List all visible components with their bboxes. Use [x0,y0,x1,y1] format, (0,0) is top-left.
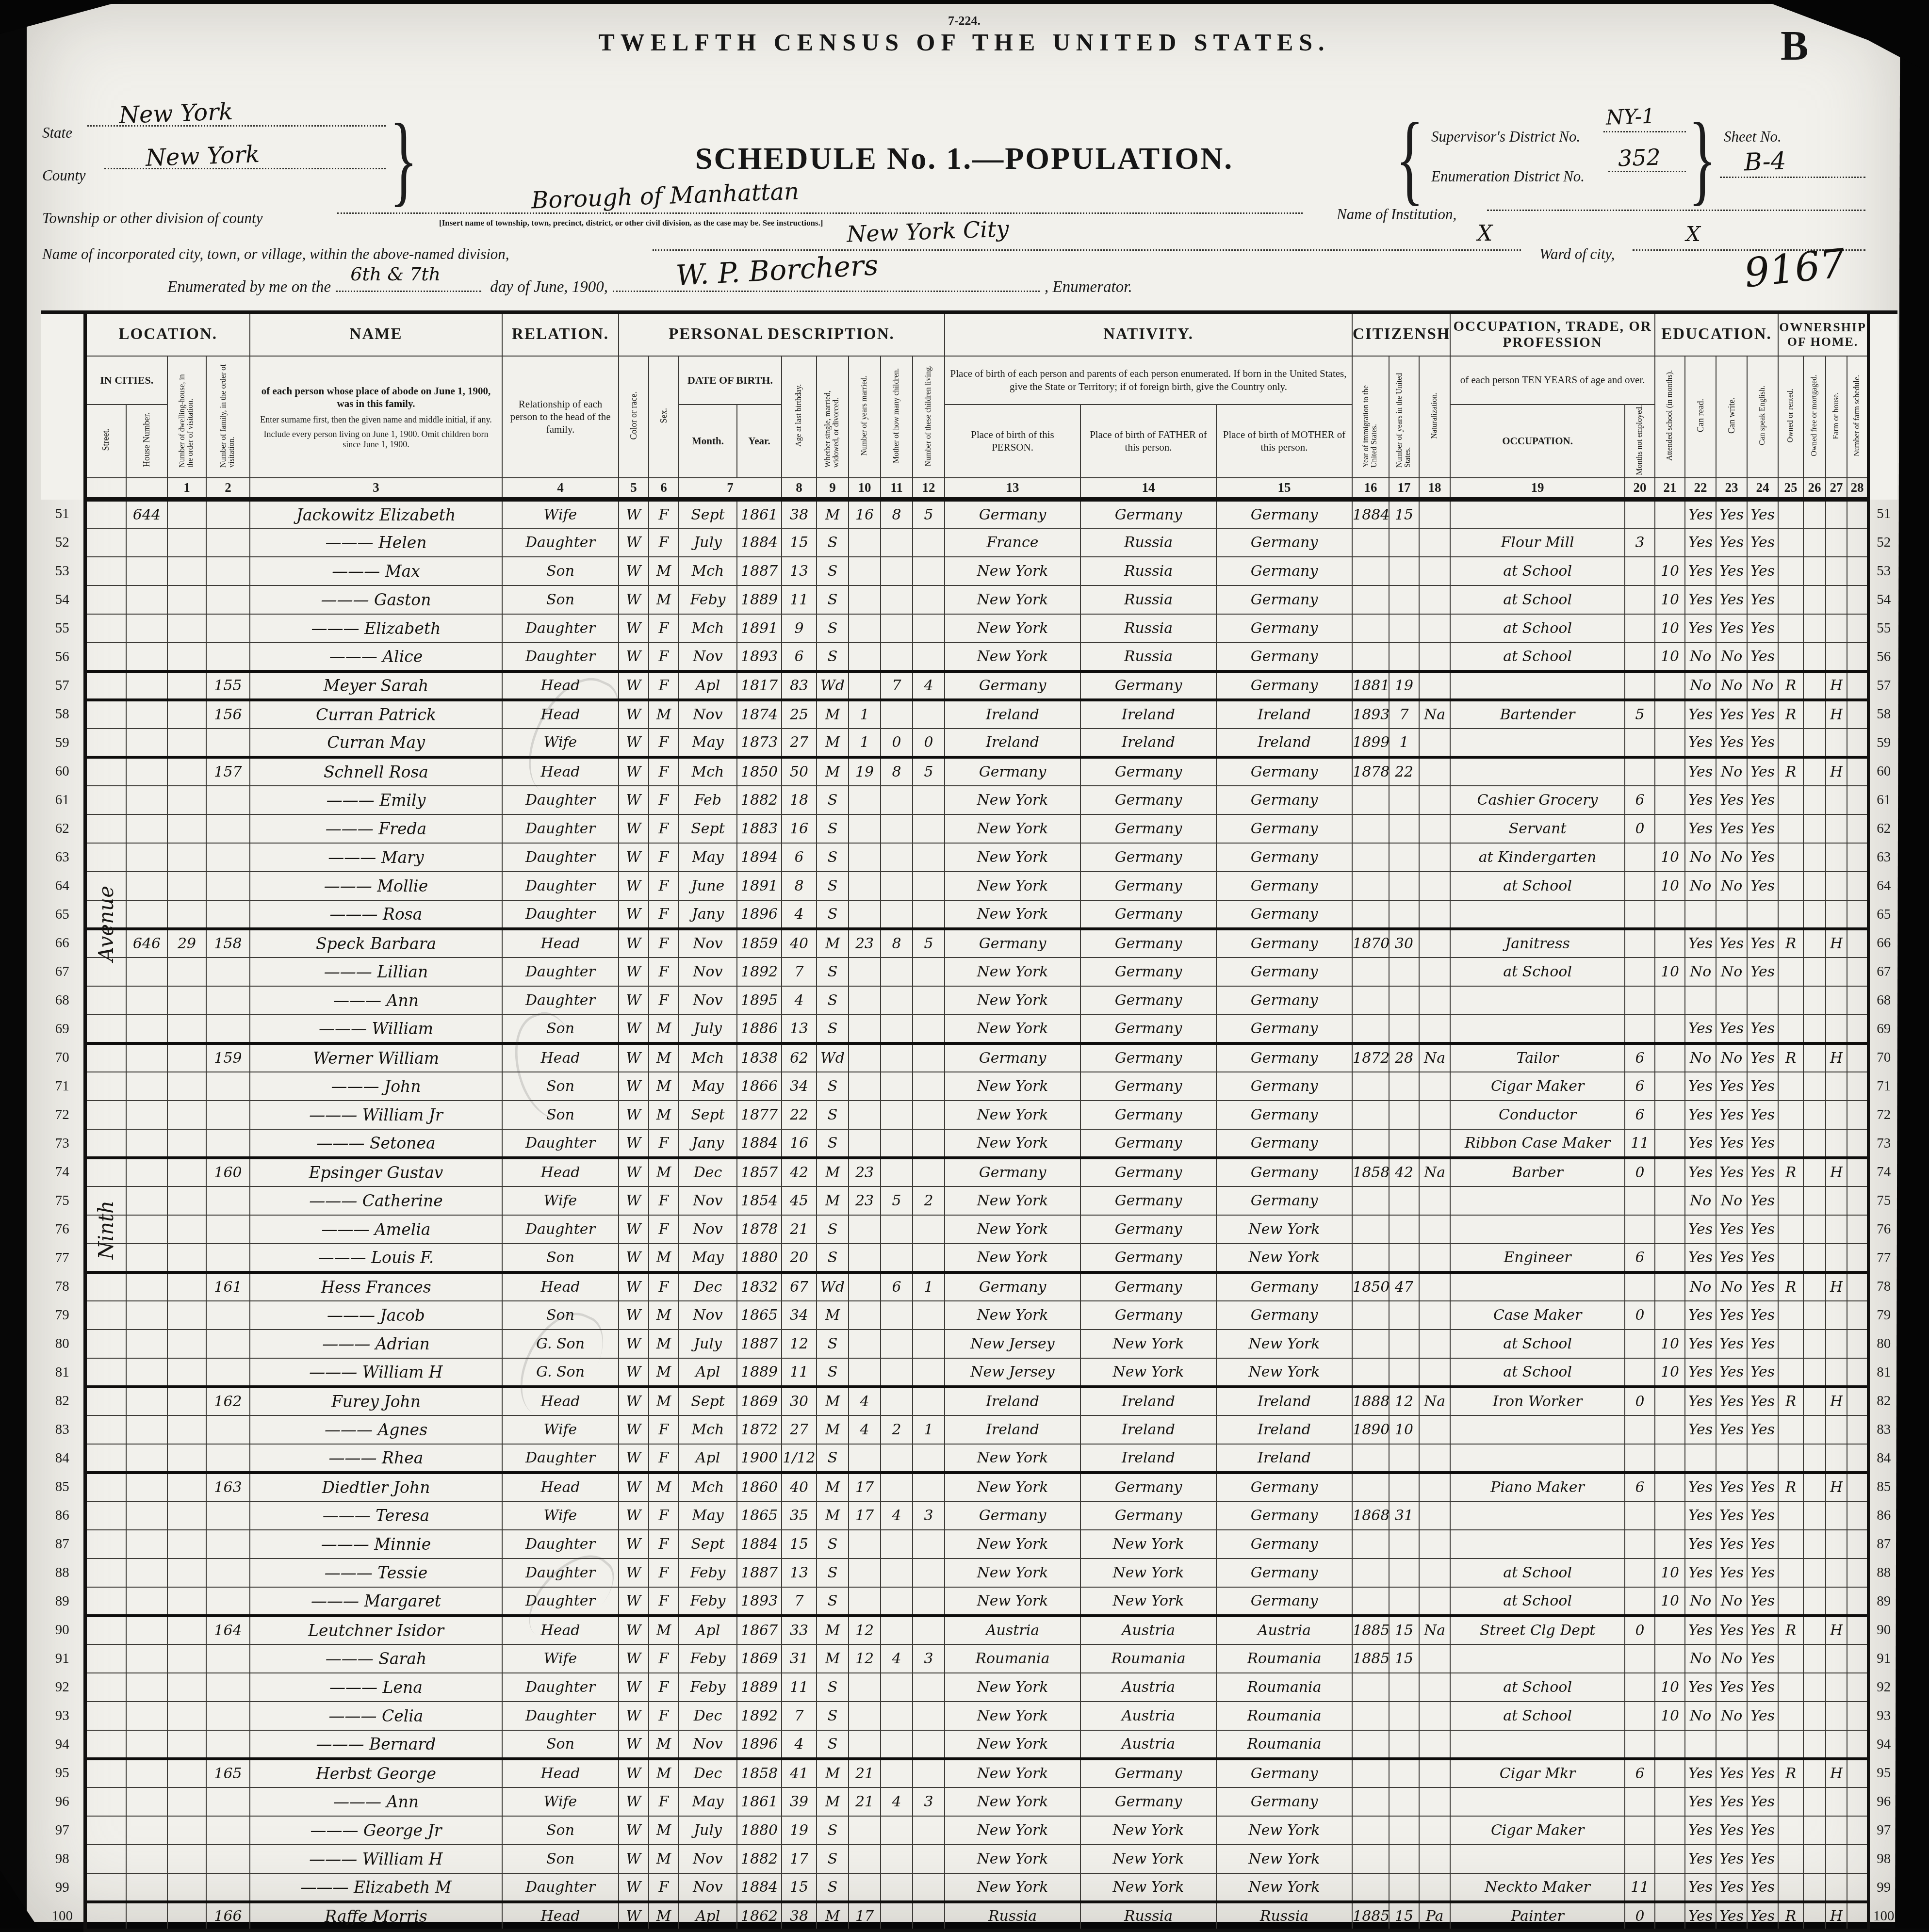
cell-dwelling-number [167,700,206,729]
cell-pob-mother: Germany [1216,929,1352,958]
cell-color-race: W [619,986,649,1015]
cell-years-in-us: 30 [1389,929,1419,958]
cell-pob-father: Ireland [1080,1444,1216,1473]
cell-color-race: W [619,1244,649,1272]
cell-can-read [1685,986,1716,1015]
cell-years-in-us: 12 [1389,1387,1419,1415]
cell-marital-status: S [817,786,849,814]
cell-owned-rented [1778,1673,1803,1702]
cell-mother-of-children [881,1244,913,1272]
cell-marital-status: Wd [817,671,849,700]
cell-family-number [206,1702,250,1730]
cell-house-number [126,1673,167,1702]
cell-can-read: Yes [1685,1787,1716,1816]
cell-family-number [206,900,250,929]
cell-months-not-employed: 11 [1625,1129,1655,1158]
person-row-91: 91——— SarahWifeWFFeby186931M1243Roumania… [41,1644,1897,1673]
cell-pob-mother: Roumania [1216,1702,1352,1730]
cell-sex: M [649,585,679,614]
cell-months-not-employed: 6 [1625,1759,1655,1787]
cell-birth-year: 1884 [737,1129,782,1158]
col-year: Year. [737,405,782,478]
cell-can-read: Yes [1685,757,1716,786]
cell-farm-or-house [1826,958,1847,986]
cell-owned-rented [1778,1730,1803,1759]
cell-sex: M [649,1043,679,1072]
cell-farm-or-house [1826,900,1847,929]
cell-pob-mother: Roumania [1216,1730,1352,1759]
cell-can-speak-english: Yes [1747,500,1778,528]
cell-immigration-year [1352,786,1389,814]
cell-can-read: Yes [1685,929,1716,958]
cell-color-race: W [619,1101,649,1129]
col-number-14: 14 [1080,478,1216,500]
cell-farm-or-house [1826,614,1847,643]
cell-years-married: 23 [849,1186,881,1215]
row-number: 55 [41,614,85,643]
cell-can-write: Yes [1716,1301,1747,1330]
cell-family-number [206,1072,250,1101]
cell-can-speak-english: Yes [1747,1101,1778,1129]
cell-age: 13 [782,557,817,585]
cell-farm-schedule [1847,1616,1868,1644]
col-years-married: Number of years married. [849,356,881,478]
cell-sex: F [649,1873,679,1902]
cell-mother-of-children [881,700,913,729]
col-number-7: 7 [679,478,782,500]
cell-attended-school [1655,1272,1685,1301]
cell-years-married [849,1845,881,1873]
cell-birth-month: Nov [679,643,737,671]
col-number-8: 8 [782,478,817,500]
cell-occupation: at School [1450,1358,1625,1387]
row-number: 65 [1868,900,1897,929]
cell-can-speak-english: Yes [1747,1158,1778,1186]
cell-months-not-employed [1625,1702,1655,1730]
cell-can-write: Yes [1716,1616,1747,1644]
cell-age: 21 [782,1215,817,1244]
cell-can-read: Yes [1685,1902,1716,1929]
person-row-100: 100166Raffe MorrisHeadWMApl186238M17Russ… [41,1902,1897,1929]
cell-farm-schedule [1847,1644,1868,1673]
cell-family-number: 160 [206,1158,250,1186]
cell-pob-person: New York [945,1759,1080,1787]
cell-color-race: W [619,700,649,729]
cell-years-married [849,958,881,986]
cell-farm-or-house [1826,500,1847,528]
cell-immigration-year: 1881 [1352,671,1389,700]
cell-farm-schedule [1847,643,1868,671]
cell-age: 15 [782,528,817,557]
cell-attended-school [1655,1759,1685,1787]
cell-sex: M [649,1301,679,1330]
col-months-not-employed: Months not employed. [1625,405,1655,478]
cell-can-write: Yes [1716,814,1747,843]
cell-years-in-us [1389,585,1419,614]
cell-house-number [126,1873,167,1902]
cell-farm-schedule [1847,1244,1868,1272]
cell-occupation: Cigar Maker [1450,1816,1625,1845]
cell-house-number [126,1415,167,1444]
cell-farm-schedule [1847,929,1868,958]
cell-children-living [913,1444,945,1473]
cell-naturalization [1419,1587,1450,1616]
cell-months-not-employed: 6 [1625,1072,1655,1101]
cell-pob-person: New York [945,958,1080,986]
cell-farm-or-house [1826,1730,1847,1759]
cell-age: 35 [782,1501,817,1530]
cell-family-number [206,1215,250,1244]
cell-can-read: Yes [1685,1616,1716,1644]
cell-occupation [1450,500,1625,528]
cell-children-living [913,1845,945,1873]
cell-pob-person: New York [945,1473,1080,1501]
cell-pob-father: Germany [1080,1473,1216,1501]
cell-marital-status: S [817,814,849,843]
cell-pob-mother: Germany [1216,1473,1352,1501]
cell-immigration-year: 1890 [1352,1415,1389,1444]
cell-years-in-us [1389,1244,1419,1272]
cell-sex: M [649,1158,679,1186]
cell-can-speak-english: Yes [1747,1215,1778,1244]
cell-can-write: No [1716,671,1747,700]
row-number: 93 [41,1702,85,1730]
cell-street [85,843,126,872]
cell-farm-or-house [1826,1330,1847,1358]
cell-sex: F [649,1272,679,1301]
cell-pob-person: New York [945,1530,1080,1559]
cell-years-married [849,786,881,814]
cell-can-read: Yes [1685,814,1716,843]
col-number-10: 10 [849,478,881,500]
cell-immigration-year [1352,1244,1389,1272]
cell-birth-year: 1858 [737,1759,782,1787]
cell-owned-free-mortgaged [1803,1043,1826,1072]
col-children-living: Number of these children living. [913,356,945,478]
cell-relation: Son [502,1244,619,1272]
cell-naturalization [1419,1501,1450,1530]
cell-name: ——— Catherine [250,1186,502,1215]
cell-months-not-employed [1625,1186,1655,1215]
cell-pob-person: New York [945,900,1080,929]
cell-family-number [206,528,250,557]
cell-age: 13 [782,1559,817,1587]
row-number: 88 [1868,1559,1897,1587]
cell-years-in-us [1389,1072,1419,1101]
cell-can-read: Yes [1685,1473,1716,1501]
cell-family-number: 155 [206,671,250,700]
cell-years-in-us [1389,1559,1419,1587]
cell-can-speak-english: Yes [1747,585,1778,614]
cell-family-number: 164 [206,1616,250,1644]
cell-occupation: at School [1450,958,1625,986]
person-row-70: 70159Werner WilliamHeadWMMch183862WdGerm… [41,1043,1897,1072]
cell-color-race: W [619,1616,649,1644]
cell-owned-free-mortgaged [1803,1215,1826,1244]
cell-marital-status: M [817,1616,849,1644]
cell-pob-person: New York [945,585,1080,614]
cell-can-write: No [1716,1644,1747,1673]
cell-sex: F [649,614,679,643]
cell-years-in-us [1389,1215,1419,1244]
cell-sex: M [649,1845,679,1873]
cell-house-number [126,1244,167,1272]
group-citizenship: CITIZENSHIP. [1352,312,1450,356]
cell-marital-status: M [817,757,849,786]
cell-farm-or-house [1826,1501,1847,1530]
cell-can-speak-english: Yes [1747,1272,1778,1301]
cell-years-in-us [1389,1673,1419,1702]
cell-immigration-year [1352,1702,1389,1730]
cell-house-number [126,729,167,757]
cell-marital-status: S [817,614,849,643]
cell-birth-year: 1884 [737,1530,782,1559]
cell-mother-of-children [881,1702,913,1730]
cell-color-race: W [619,814,649,843]
cell-months-not-employed: 0 [1625,1902,1655,1929]
cell-relation: Daughter [502,814,619,843]
cell-months-not-employed [1625,643,1655,671]
cell-farm-or-house [1826,1702,1847,1730]
cell-pob-mother: Germany [1216,1587,1352,1616]
cell-birth-month: Nov [679,1215,737,1244]
cell-owned-free-mortgaged [1803,1129,1826,1158]
cell-children-living [913,585,945,614]
cell-house-number [126,1702,167,1730]
cell-family-number [206,1330,250,1358]
cell-attended-school: 10 [1655,557,1685,585]
cell-can-read: Yes [1685,1158,1716,1186]
person-row-66: 6664629158Speck BarbaraHeadWFNov185940M2… [41,929,1897,958]
cell-family-number [206,1644,250,1673]
cell-pob-person: New York [945,1129,1080,1158]
person-row-71: 71——— JohnSonWMMay186634SNew YorkGermany… [41,1072,1897,1101]
cell-farm-or-house: H [1826,1043,1847,1072]
cell-name: ——— William [250,1015,502,1043]
cell-mother-of-children [881,1101,913,1129]
cell-color-race: W [619,958,649,986]
cell-birth-month: Nov [679,1873,737,1902]
row-number: 59 [1868,729,1897,757]
cell-family-number [206,958,250,986]
cell-can-speak-english [1747,900,1778,929]
cell-relation: Head [502,1473,619,1501]
cell-age: 6 [782,643,817,671]
cell-marital-status: S [817,1015,849,1043]
cell-farm-schedule [1847,671,1868,700]
cell-children-living: 3 [913,1644,945,1673]
cell-color-race: W [619,1272,649,1301]
cell-dwelling-number [167,671,206,700]
cell-dwelling-number [167,786,206,814]
cell-birth-month: Mch [679,757,737,786]
cell-sex: F [649,958,679,986]
cell-children-living: 5 [913,500,945,528]
cell-sex: F [649,1559,679,1587]
cell-farm-or-house: H [1826,1272,1847,1301]
cell-street [85,700,126,729]
cell-children-living [913,1873,945,1902]
cell-dwelling-number [167,1015,206,1043]
cell-can-read: Yes [1685,557,1716,585]
person-row-67: 67——— LillianDaughterWFNov18927SNew York… [41,958,1897,986]
cell-occupation: at School [1450,614,1625,643]
person-row-75: 75——— CatherineWifeWFNov185445M2352New Y… [41,1186,1897,1215]
cell-farm-schedule [1847,900,1868,929]
cell-pob-father: New York [1080,1330,1216,1358]
cell-relation: Head [502,1902,619,1929]
township-note: [Insert name of township, town, precinct… [439,218,823,228]
cell-family-number [206,500,250,528]
cell-birth-month: May [679,1787,737,1816]
cell-name: ——— Alice [250,643,502,671]
cell-birth-month: Feby [679,1644,737,1673]
cell-attended-school [1655,1129,1685,1158]
person-row-53: 53——— MaxSonWMMch188713SNew YorkRussiaGe… [41,557,1897,585]
cell-street [85,500,126,528]
cell-occupation: Case Maker [1450,1301,1625,1330]
cell-house-number [126,843,167,872]
col-pob-mother: Place of birth of MOTHER of this person. [1216,405,1352,478]
cell-owned-free-mortgaged [1803,528,1826,557]
cell-occupation: Ribbon Case Maker [1450,1129,1625,1158]
cell-immigration-year [1352,1101,1389,1129]
enumeration-date: 6th & 7th [331,286,486,294]
cell-can-read: Yes [1685,1873,1716,1902]
cell-owned-free-mortgaged [1803,986,1826,1015]
cell-family-number [206,1301,250,1330]
cell-sex: F [649,843,679,872]
cell-dwelling-number [167,1330,206,1358]
cell-pob-mother: Germany [1216,500,1352,528]
cell-years-married: 16 [849,500,881,528]
cell-birth-month: Nov [679,929,737,958]
cell-can-speak-english: Yes [1747,1186,1778,1215]
cell-occupation: Servant [1450,814,1625,843]
township-line [337,212,1303,214]
cell-owned-rented: R [1778,929,1803,958]
cell-months-not-employed [1625,1501,1655,1530]
cell-pob-father: Germany [1080,958,1216,986]
col-number-26: 26 [1803,478,1826,500]
cell-owned-rented: R [1778,671,1803,700]
cell-pob-father: Roumania [1080,1644,1216,1673]
cell-children-living: 1 [913,1415,945,1444]
cell-birth-month: Feby [679,585,737,614]
cell-pob-father: New York [1080,1587,1216,1616]
cell-can-write: Yes [1716,1530,1747,1559]
cell-children-living [913,1330,945,1358]
col-number-3: 3 [250,478,502,500]
cell-family-number [206,1587,250,1616]
cell-name: ——— William H [250,1358,502,1387]
cell-age: 40 [782,1473,817,1501]
cell-relation: Daughter [502,843,619,872]
row-number: 84 [1868,1444,1897,1473]
cell-name: Schnell Rosa [250,757,502,786]
cell-farm-schedule [1847,1759,1868,1787]
cell-owned-free-mortgaged [1803,786,1826,814]
cell-relation: Wife [502,500,619,528]
cell-color-race: W [619,843,649,872]
cell-children-living [913,1673,945,1702]
cell-mother-of-children: 8 [881,757,913,786]
cell-relation: Daughter [502,1215,619,1244]
cell-mother-of-children [881,1158,913,1186]
cell-street [85,1644,126,1673]
cell-color-race: W [619,1072,649,1101]
cell-attended-school [1655,671,1685,700]
cell-birth-month: Apl [679,1902,737,1929]
cell-house-number [126,872,167,900]
person-row-99: 99——— Elizabeth MDaughterWFNov188415SNew… [41,1873,1897,1902]
cell-birth-month: Mch [679,1473,737,1501]
cell-pob-mother: Germany [1216,528,1352,557]
row-number: 94 [41,1730,85,1759]
cell-marital-status: S [817,528,849,557]
cell-months-not-employed [1625,1415,1655,1444]
cell-farm-schedule [1847,843,1868,872]
cell-age: 41 [782,1759,817,1787]
cell-relation: Daughter [502,643,619,671]
cell-relation: Wife [502,1501,619,1530]
cell-can-speak-english: Yes [1747,1473,1778,1501]
cell-birth-year: 1877 [737,1101,782,1129]
cell-immigration-year: 1870 [1352,929,1389,958]
cell-dwelling-number [167,872,206,900]
cell-marital-status: M [817,1186,849,1215]
cell-immigration-year [1352,1787,1389,1816]
cell-mother-of-children [881,1387,913,1415]
col-color-race: Color or race. [619,356,649,478]
cell-years-married: 4 [849,1387,881,1415]
cell-family-number [206,614,250,643]
cell-pob-person: New York [945,1101,1080,1129]
cell-family-number [206,1444,250,1473]
cell-family-number [206,1730,250,1759]
cell-attended-school [1655,1730,1685,1759]
cell-color-race: W [619,1759,649,1787]
sheet-line [1720,177,1865,178]
cell-age: 11 [782,585,817,614]
cell-birth-year: 1884 [737,528,782,557]
cell-house-number [126,700,167,729]
cell-can-read: Yes [1685,1215,1716,1244]
cell-farm-or-house [1826,1072,1847,1101]
cell-family-number [206,843,250,872]
cell-owned-rented [1778,1873,1803,1902]
cell-children-living [913,843,945,872]
cell-marital-status: S [817,1244,849,1272]
cell-farm-or-house: H [1826,1158,1847,1186]
cell-mother-of-children [881,1587,913,1616]
cell-owned-free-mortgaged [1803,958,1826,986]
cell-owned-rented [1778,1587,1803,1616]
person-row-98: 98——— William HSonWMNov188217SNew YorkNe… [41,1845,1897,1873]
cell-years-in-us [1389,1101,1419,1129]
cell-street [85,729,126,757]
cell-farm-schedule [1847,1444,1868,1473]
person-row-51: 51644Jackowitz ElizabethWifeWFSept186138… [41,500,1897,528]
row-number: 75 [1868,1186,1897,1215]
cell-birth-month: Mch [679,557,737,585]
cell-owned-free-mortgaged [1803,1072,1826,1101]
person-row-88: 88——— TessieDaughterWFFeby188713SNew Yor… [41,1559,1897,1587]
cell-can-read: Yes [1685,585,1716,614]
cell-can-speak-english: Yes [1747,729,1778,757]
cell-relation: Daughter [502,986,619,1015]
cell-color-race: W [619,872,649,900]
